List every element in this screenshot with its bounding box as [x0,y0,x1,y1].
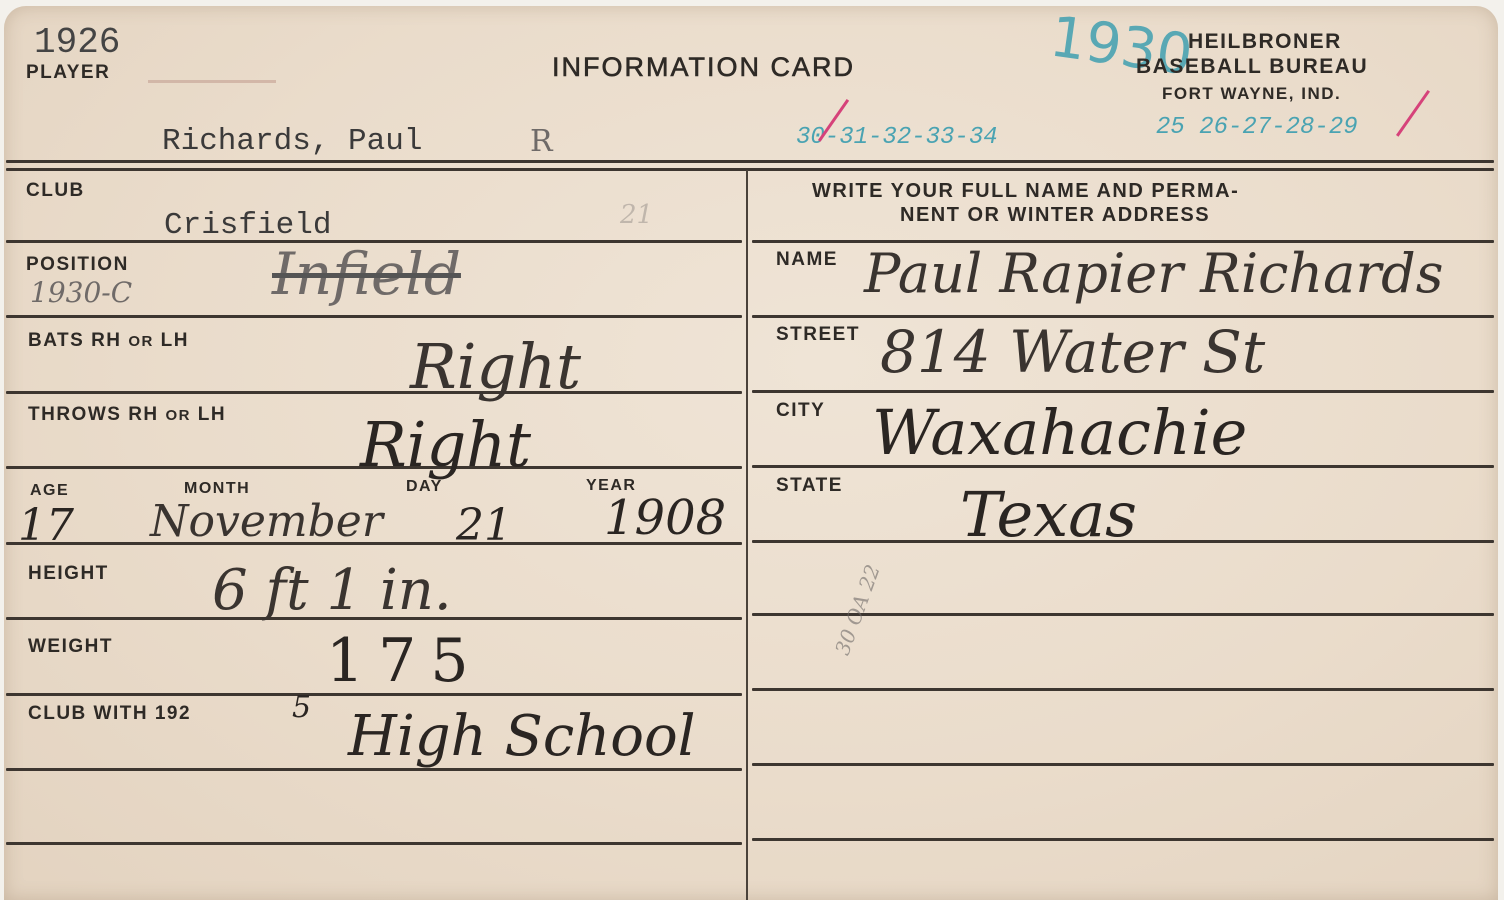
age-label: AGE [30,482,69,500]
day-value: 21 [456,500,512,551]
rule [6,391,742,394]
torn-underline [148,80,276,83]
city-value: Waxahachie [872,396,1247,469]
weight-value: 175 [326,626,483,696]
club-with-label: CLUB WITH 192 [28,703,191,725]
position-struck-value: Infield [272,240,461,308]
name-label: NAME [776,249,838,271]
bats-label-or: OR [128,333,154,350]
month-value: November [150,496,383,547]
throws-value: Right [360,408,531,481]
rule [752,763,1494,766]
city-label: CITY [776,400,825,422]
street-value: 814 Water St [880,318,1265,386]
age-value: 17 [18,500,74,551]
club-label: CLUB [26,180,85,202]
header-rule-bottom [6,168,1494,171]
rule [752,838,1494,841]
year-value: 1908 [604,490,726,546]
rule [6,315,742,318]
bats-label: BATS RH OR LH [28,330,189,352]
throws-label-main: THROWS RH [28,404,159,425]
weight-label: WEIGHT [28,636,113,658]
position-pencil-value: 1930-C [30,276,132,309]
club-pencil-note: 21 [620,200,653,230]
club-value: Crisfield [164,208,331,243]
height-label: HEIGHT [28,563,109,585]
rule [752,688,1494,691]
bats-label-main: BATS RH [28,330,122,351]
club-with-value: High School [348,704,696,769]
rule [6,842,742,845]
street-label: STREET [776,324,860,346]
typed-year: 1926 [34,22,120,63]
throws-label-or: OR [165,407,191,424]
column-divider [746,170,748,900]
throws-label: THROWS RH OR LH [28,404,226,426]
bureau-line2: BASEBALL BUREAU [1136,55,1368,79]
height-value: 6 ft 1 in. [212,558,452,623]
player-name: Richards, Paul [162,124,422,159]
address-heading-line1: WRITE YOUR FULL NAME AND PERMA- [812,180,1239,203]
day-label: DAY [406,478,443,496]
state-value: Texas [960,478,1137,551]
club-with-year-digit: 5 [292,690,311,725]
player-initial: R [530,124,553,159]
rule [752,390,1494,393]
state-label: STATE [776,475,843,497]
bureau-line1: HEILBRONER [1188,30,1342,54]
throws-label-end: LH [198,404,226,425]
bureau-line3: FORT WAYNE, IND. [1162,84,1341,104]
header-rule-top [6,160,1494,163]
position-label: POSITION [26,254,129,276]
card-title: INFORMATION CARD [552,52,855,83]
name-value: Paul Rapier Richards [864,242,1443,305]
player-label: PLAYER [26,62,110,84]
address-heading-line2: NENT OR WINTER ADDRESS [900,204,1210,227]
bats-label-end: LH [161,330,189,351]
year-series-right: 25 26-27-28-29 [1156,114,1358,141]
bats-value: Right [410,330,581,403]
